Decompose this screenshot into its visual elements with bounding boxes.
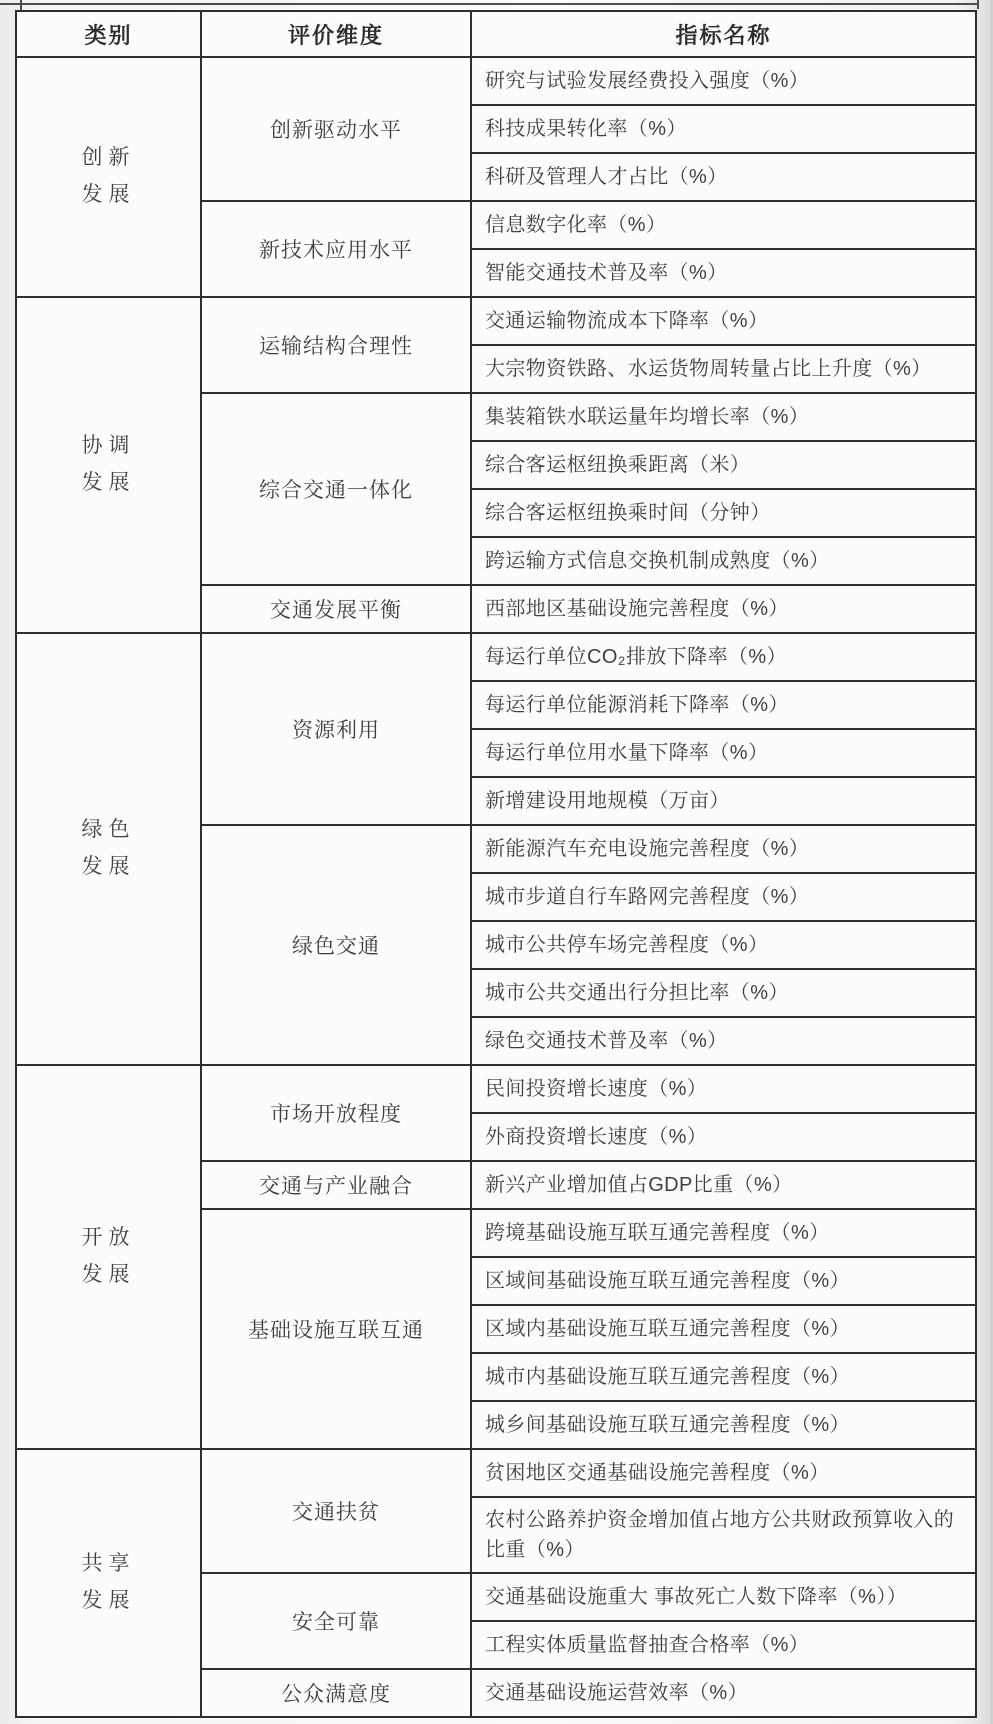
category-cell-open: 开放 发展 (16, 1065, 201, 1449)
indicator-cell: 城市步道自行车路网完善程度（%） (471, 873, 976, 921)
category-cell-coordination: 协调 发展 (16, 297, 201, 633)
header-category: 类别 (16, 11, 201, 57)
indicator-cell: 西部地区基础设施完善程度（%） (471, 585, 976, 633)
table-row: 协调 发展 运输结构合理性 交通运输物流成本下降率（%） (16, 297, 976, 345)
indicator-cell: 研究与试验发展经费投入强度（%） (471, 57, 976, 105)
category-cell-innovation: 创新 发展 (16, 57, 201, 297)
dimension-cell: 市场开放程度 (201, 1065, 471, 1161)
indicator-cell: 信息数字化率（%） (471, 201, 976, 249)
indicator-cell: 每运行单位能源消耗下降率（%） (471, 681, 976, 729)
indicator-cell: 区域内基础设施互联互通完善程度（%） (471, 1305, 976, 1353)
indicator-cell: 跨运输方式信息交换机制成熟度（%） (471, 537, 976, 585)
indicator-cell: 城市公共交通出行分担比率（%） (471, 969, 976, 1017)
table-row: 创新 发展 创新驱动水平 研究与试验发展经费投入强度（%） (16, 57, 976, 105)
indicator-cell: 新兴产业增加值占GDP比重（%） (471, 1161, 976, 1209)
indicator-cell: 集装箱铁水联运量年均增长率（%） (471, 393, 976, 441)
indicator-cell: 综合客运枢纽换乘距离（米） (471, 441, 976, 489)
dimension-cell: 绿色交通 (201, 825, 471, 1065)
indicator-cell: 科研及管理人才占比（%） (471, 153, 976, 201)
dimension-cell: 安全可靠 (201, 1573, 471, 1669)
indicator-cell: 智能交通技术普及率（%） (471, 249, 976, 297)
dimension-cell: 交通发展平衡 (201, 585, 471, 633)
indicator-cell: 区域间基础设施互联互通完善程度（%） (471, 1257, 976, 1305)
dimension-cell: 运输结构合理性 (201, 297, 471, 393)
indicator-cell: 贫困地区交通基础设施完善程度（%） (471, 1449, 976, 1497)
category-cell-shared: 共享 发展 (16, 1449, 201, 1717)
indicator-cell: 绿色交通技术普及率（%） (471, 1017, 976, 1065)
document-photo: 类别 评价维度 指标名称 创新 发展 创新驱动水平 研究与试验发展经费投入强度（… (0, 0, 993, 1724)
indicator-cell: 交通运输物流成本下降率（%） (471, 297, 976, 345)
header-row: 类别 评价维度 指标名称 (16, 11, 976, 57)
indicator-cell: 科技成果转化率（%） (471, 105, 976, 153)
dimension-cell: 交通扶贫 (201, 1449, 471, 1573)
indicator-cell: 每运行单位CO₂排放下降率（%） (471, 633, 976, 681)
indicator-cell: 城市公共停车场完善程度（%） (471, 921, 976, 969)
indicator-cell: 交通基础设施重大 事故死亡人数下降率（%）） (471, 1573, 976, 1621)
dimension-cell: 资源利用 (201, 633, 471, 825)
crop-artifact-top-line (0, 3, 977, 5)
table-row: 共享 发展 交通扶贫 贫困地区交通基础设施完善程度（%） (16, 1449, 976, 1497)
dimension-cell: 公众满意度 (201, 1669, 471, 1717)
indicator-cell: 交通基础设施运营效率（%） (471, 1669, 976, 1717)
indicator-cell: 农村公路养护资金增加值占地方公共财政预算收入的比重（%） (471, 1497, 976, 1573)
dimension-cell: 交通与产业融合 (201, 1161, 471, 1209)
category-cell-green: 绿色 发展 (16, 633, 201, 1065)
indicator-cell: 民间投资增长速度（%） (471, 1065, 976, 1113)
header-dimension: 评价维度 (201, 11, 471, 57)
indicator-cell: 工程实体质量监督抽查合格率（%） (471, 1621, 976, 1669)
indicator-cell: 每运行单位用水量下降率（%） (471, 729, 976, 777)
indicator-cell: 跨境基础设施互联互通完善程度（%） (471, 1209, 976, 1257)
dimension-cell: 基础设施互联互通 (201, 1209, 471, 1449)
indicator-cell: 外商投资增长速度（%） (471, 1113, 976, 1161)
indicator-cell: 新增建设用地规模（万亩） (471, 777, 976, 825)
evaluation-indicator-table: 类别 评价维度 指标名称 创新 发展 创新驱动水平 研究与试验发展经费投入强度（… (15, 10, 977, 1718)
dimension-cell: 创新驱动水平 (201, 57, 471, 201)
indicator-cell: 大宗物资铁路、水运货物周转量占比上升度（%） (471, 345, 976, 393)
indicator-cell: 综合客运枢纽换乘时间（分钟） (471, 489, 976, 537)
table-row: 绿色 发展 资源利用 每运行单位CO₂排放下降率（%） (16, 633, 976, 681)
header-indicator: 指标名称 (471, 11, 976, 57)
indicator-cell: 城市内基础设施互联互通完善程度（%） (471, 1353, 976, 1401)
dimension-cell: 综合交通一体化 (201, 393, 471, 585)
table-row: 开放 发展 市场开放程度 民间投资增长速度（%） (16, 1065, 976, 1113)
indicator-cell: 城乡间基础设施互联互通完善程度（%） (471, 1401, 976, 1449)
crop-artifact-right-tick (977, 0, 979, 9)
dimension-cell: 新技术应用水平 (201, 201, 471, 297)
indicator-cell: 新能源汽车充电设施完善程度（%） (471, 825, 976, 873)
